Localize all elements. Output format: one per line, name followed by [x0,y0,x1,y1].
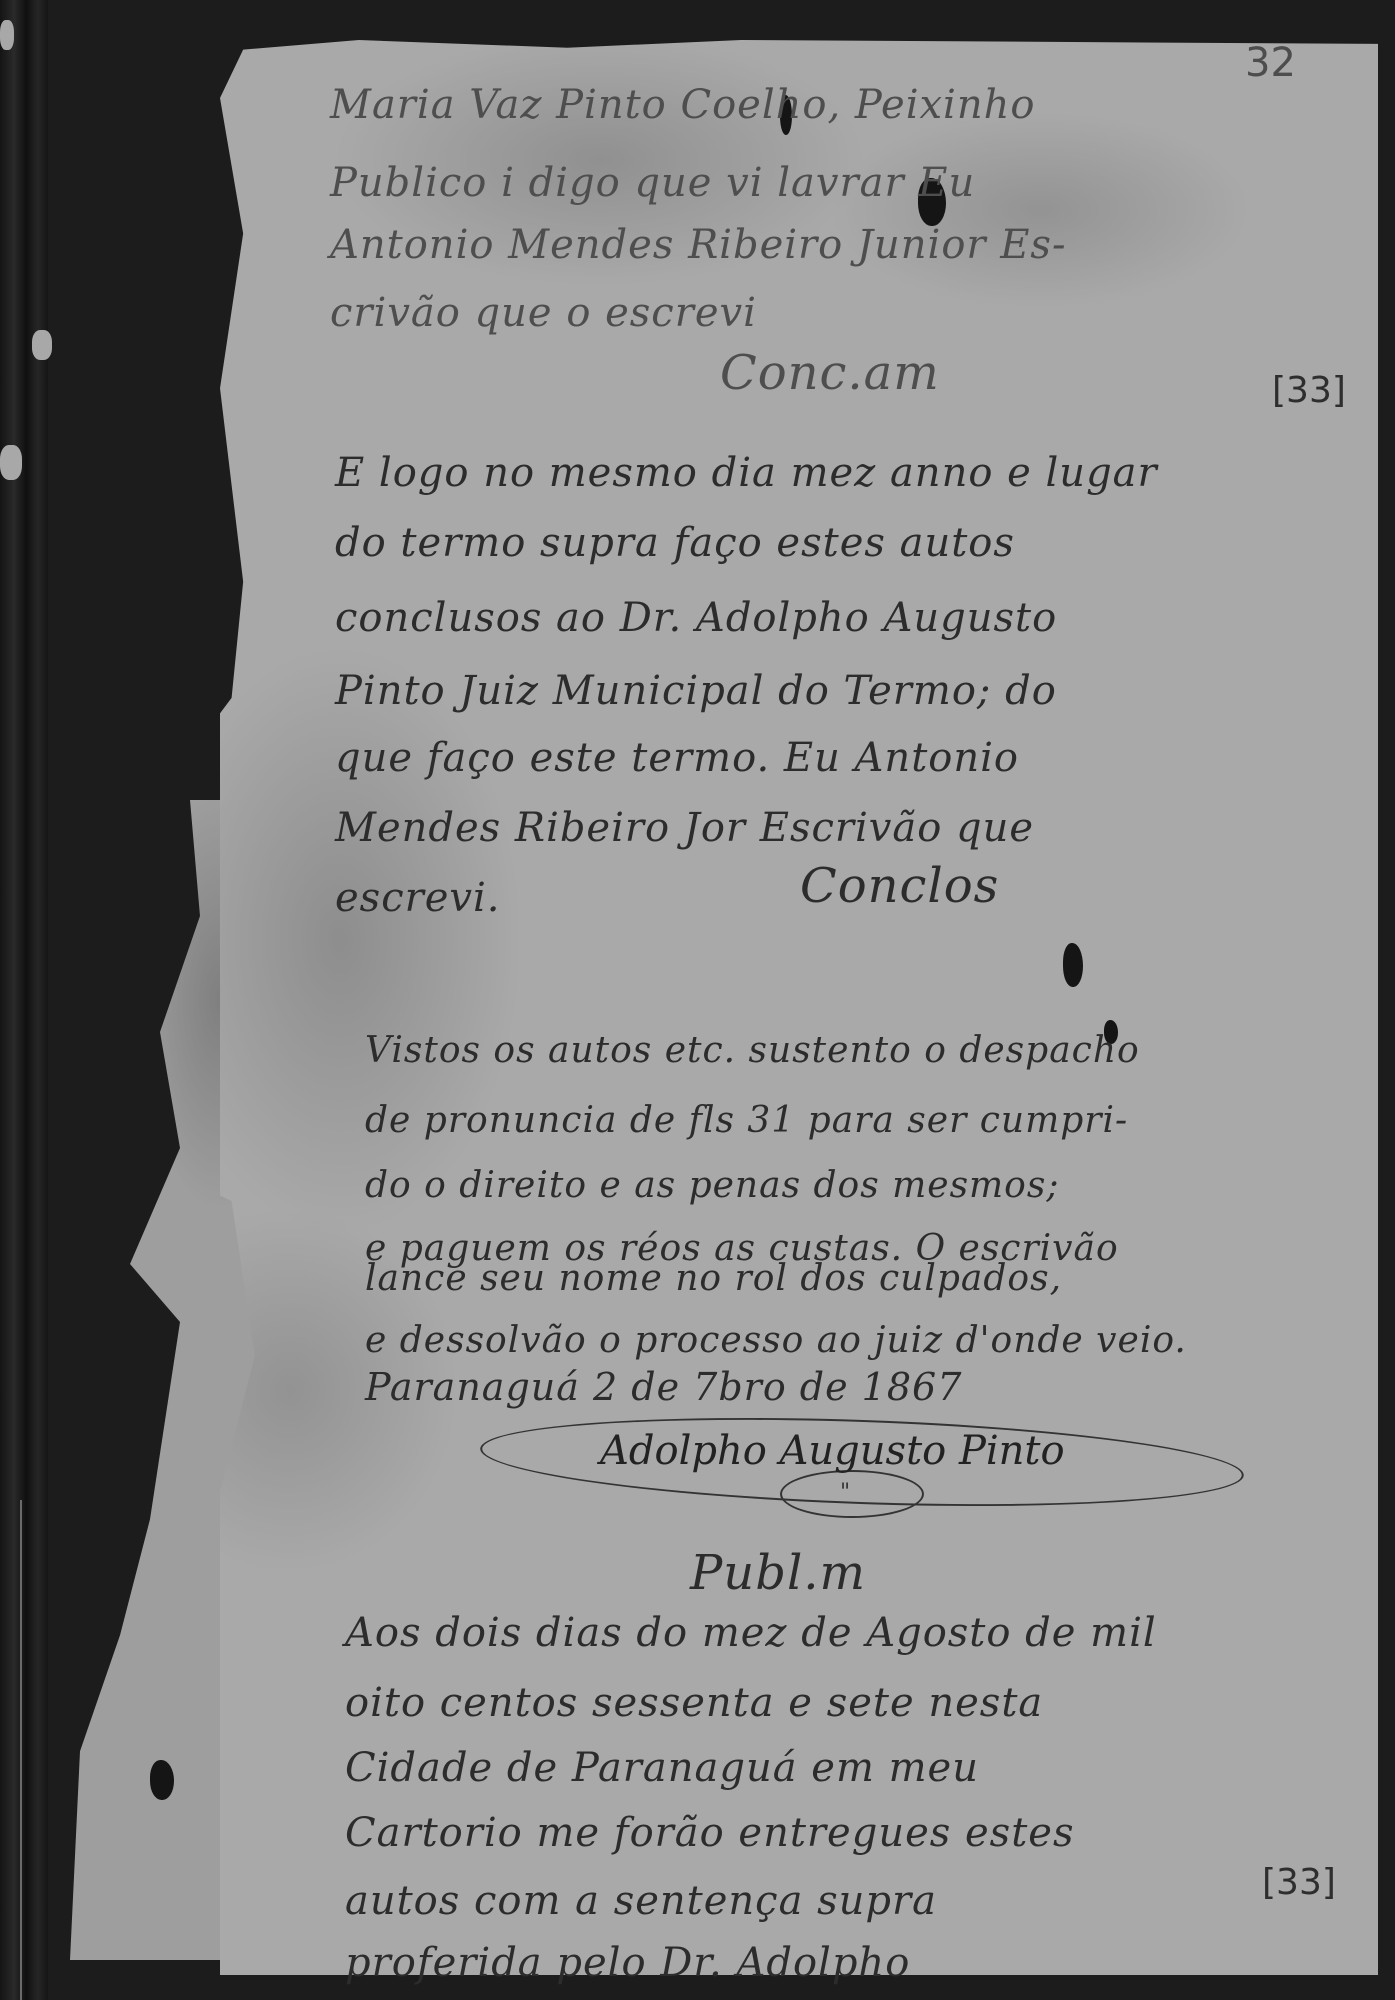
text-line: Publico i digo que vi lavrar Eu [330,160,975,206]
text-line: do termo supra faço estes autos [335,520,1015,566]
section-heading-publication: Publ.m [690,1545,866,1601]
signature-flourish [780,1470,924,1518]
text-line: Vistos os autos etc. sustento o despacho [365,1030,1140,1071]
text-line: E logo no mesmo dia mez anno e lugar [335,450,1158,496]
place-and-date: Paranaguá 2 de 7bro de 1867 [365,1365,962,1409]
text-line: e dessolvão o processo ao juiz d'onde ve… [365,1320,1187,1361]
handwritten-page-number: 32 [1245,40,1296,86]
text-line: de pronuncia de fls 31 para ser cumpri- [365,1100,1128,1141]
text-line: Cidade de Paranaguá em meu [345,1745,979,1791]
text-line: crivão que o escrevi [330,290,757,336]
archive-page-stamp-bottom: [33] [1262,1862,1336,1903]
text-line: lance seu nome no rol dos culpados, [365,1258,1062,1299]
book-binding [0,0,48,2000]
binding-edge-line [20,1500,22,2000]
text-line: Antonio Mendes Ribeiro Junior Es- [330,222,1066,268]
conclusion-mark: Conclos [800,858,999,914]
signature-name: Adolpho Augusto Pinto [600,1428,1065,1474]
text-line: autos com a sentença supra [345,1878,937,1924]
paper-flake [32,330,52,360]
text-line: que faço este termo. Eu Antonio [335,735,1019,781]
text-line: escrevi. [335,875,501,921]
text-line: Pinto Juiz Municipal do Termo; do [335,668,1057,714]
section-heading-conclusion: Conc.am [720,345,940,401]
text-line: Mendes Ribeiro Jor Escrivão que [335,805,1034,851]
text-line: Aos dois dias do mez de Agosto de mil [345,1610,1157,1656]
text-line: proferida pelo Dr. Adolpho [345,1940,910,1986]
ink-blot [150,1760,174,1800]
text-line: oito centos sessenta e sete nesta [345,1680,1043,1726]
text-line: Maria Vaz Pinto Coelho, Peixinho [330,82,1035,128]
judge-signature: Adolpho Augusto Pinto " [480,1410,1240,1520]
archive-page-stamp-top: [33] [1272,370,1346,411]
text-line: do o direito e as penas dos mesmos; [365,1165,1059,1206]
text-line: Cartorio me forão entregues estes [345,1810,1074,1856]
signature-mark: " [840,1480,850,1505]
paper-flake [0,445,22,480]
paper-flake [0,20,14,50]
text-line: conclusos ao Dr. Adolpho Augusto [335,595,1057,641]
ink-blot [1063,943,1083,987]
